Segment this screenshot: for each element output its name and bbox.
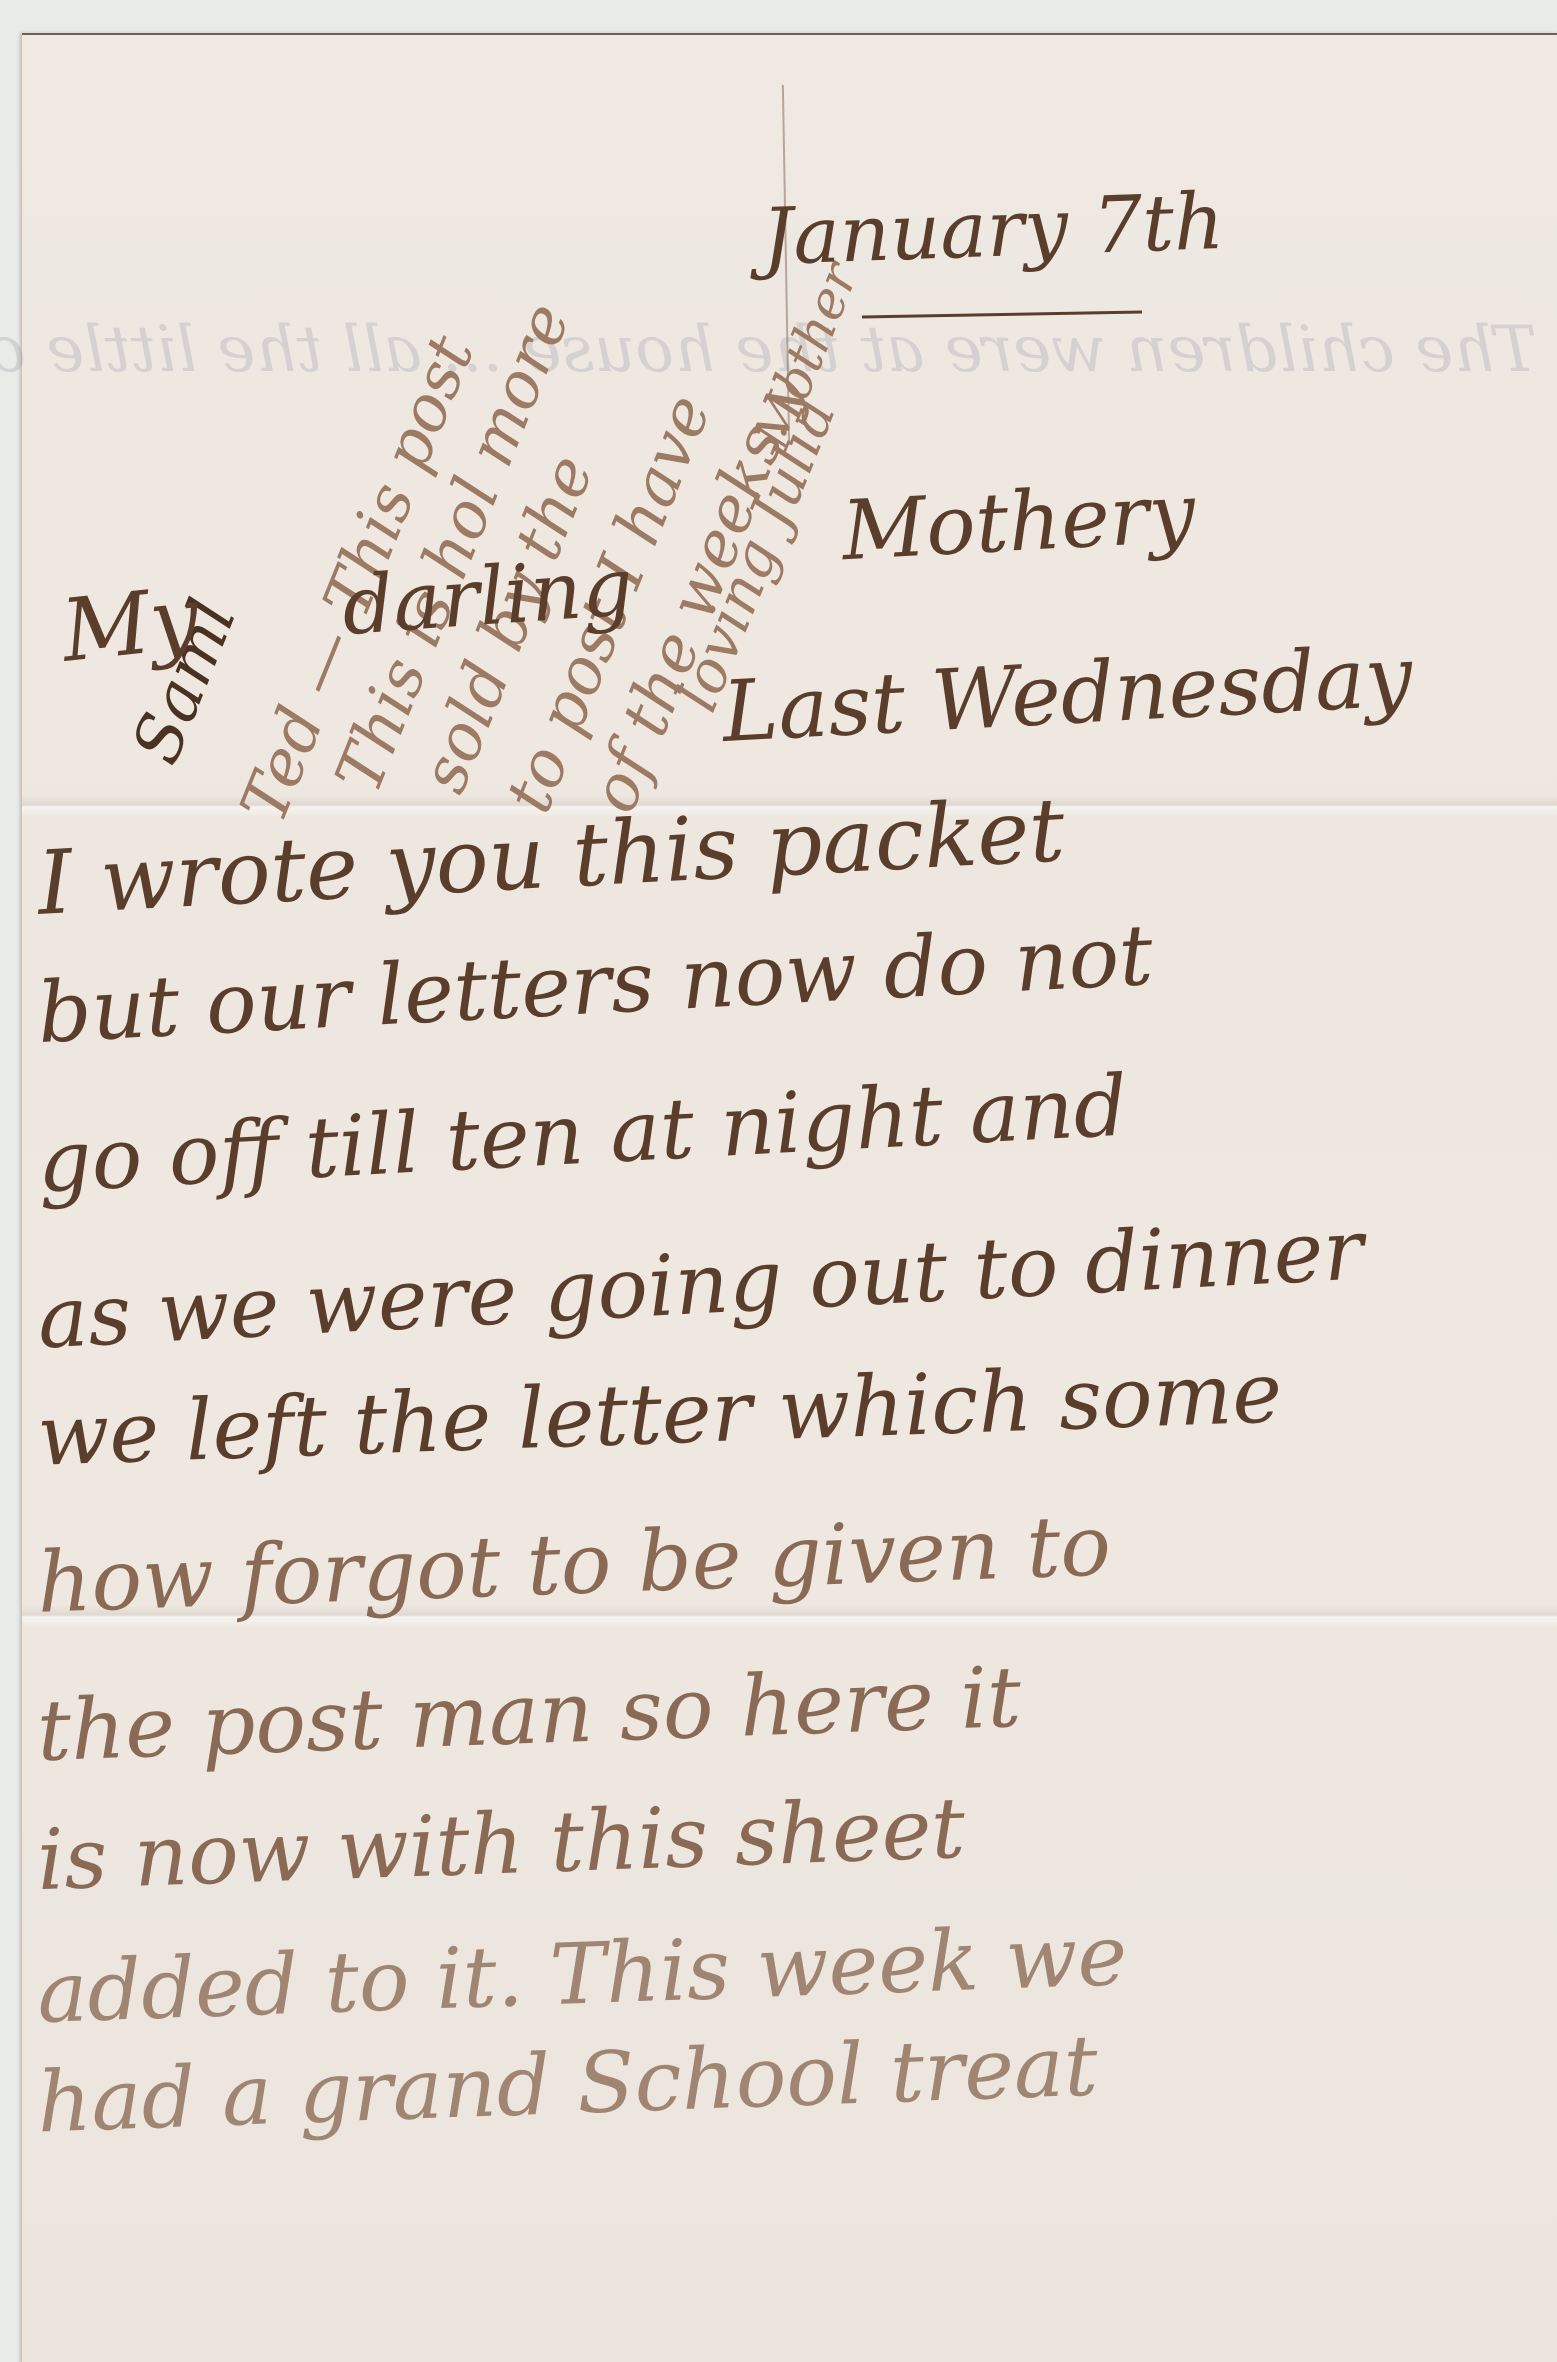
body-line: but our letters now do not	[35, 906, 1155, 1062]
letter-date: January 7th	[761, 177, 1226, 283]
letter-page: The children were at the house ... all t…	[22, 33, 1557, 2362]
crosswritten-line: Mother	[742, 255, 871, 458]
body-line: Last Wednesday	[720, 627, 1415, 761]
body-line: go off till ten at night and	[35, 1057, 1130, 1212]
body-line: the post man so here it	[36, 1648, 1023, 1780]
date-underline	[862, 311, 1142, 319]
body-line: had a grand School treat	[36, 2017, 1100, 2152]
salutation-mothery: Mothery	[840, 466, 1198, 579]
body-line: as we were going out to dinner	[35, 1200, 1365, 1367]
body-line: is now with this sheet	[36, 1779, 967, 1909]
salutation-my: My	[57, 568, 203, 682]
body-line: we left the letter which some	[36, 1343, 1284, 1484]
